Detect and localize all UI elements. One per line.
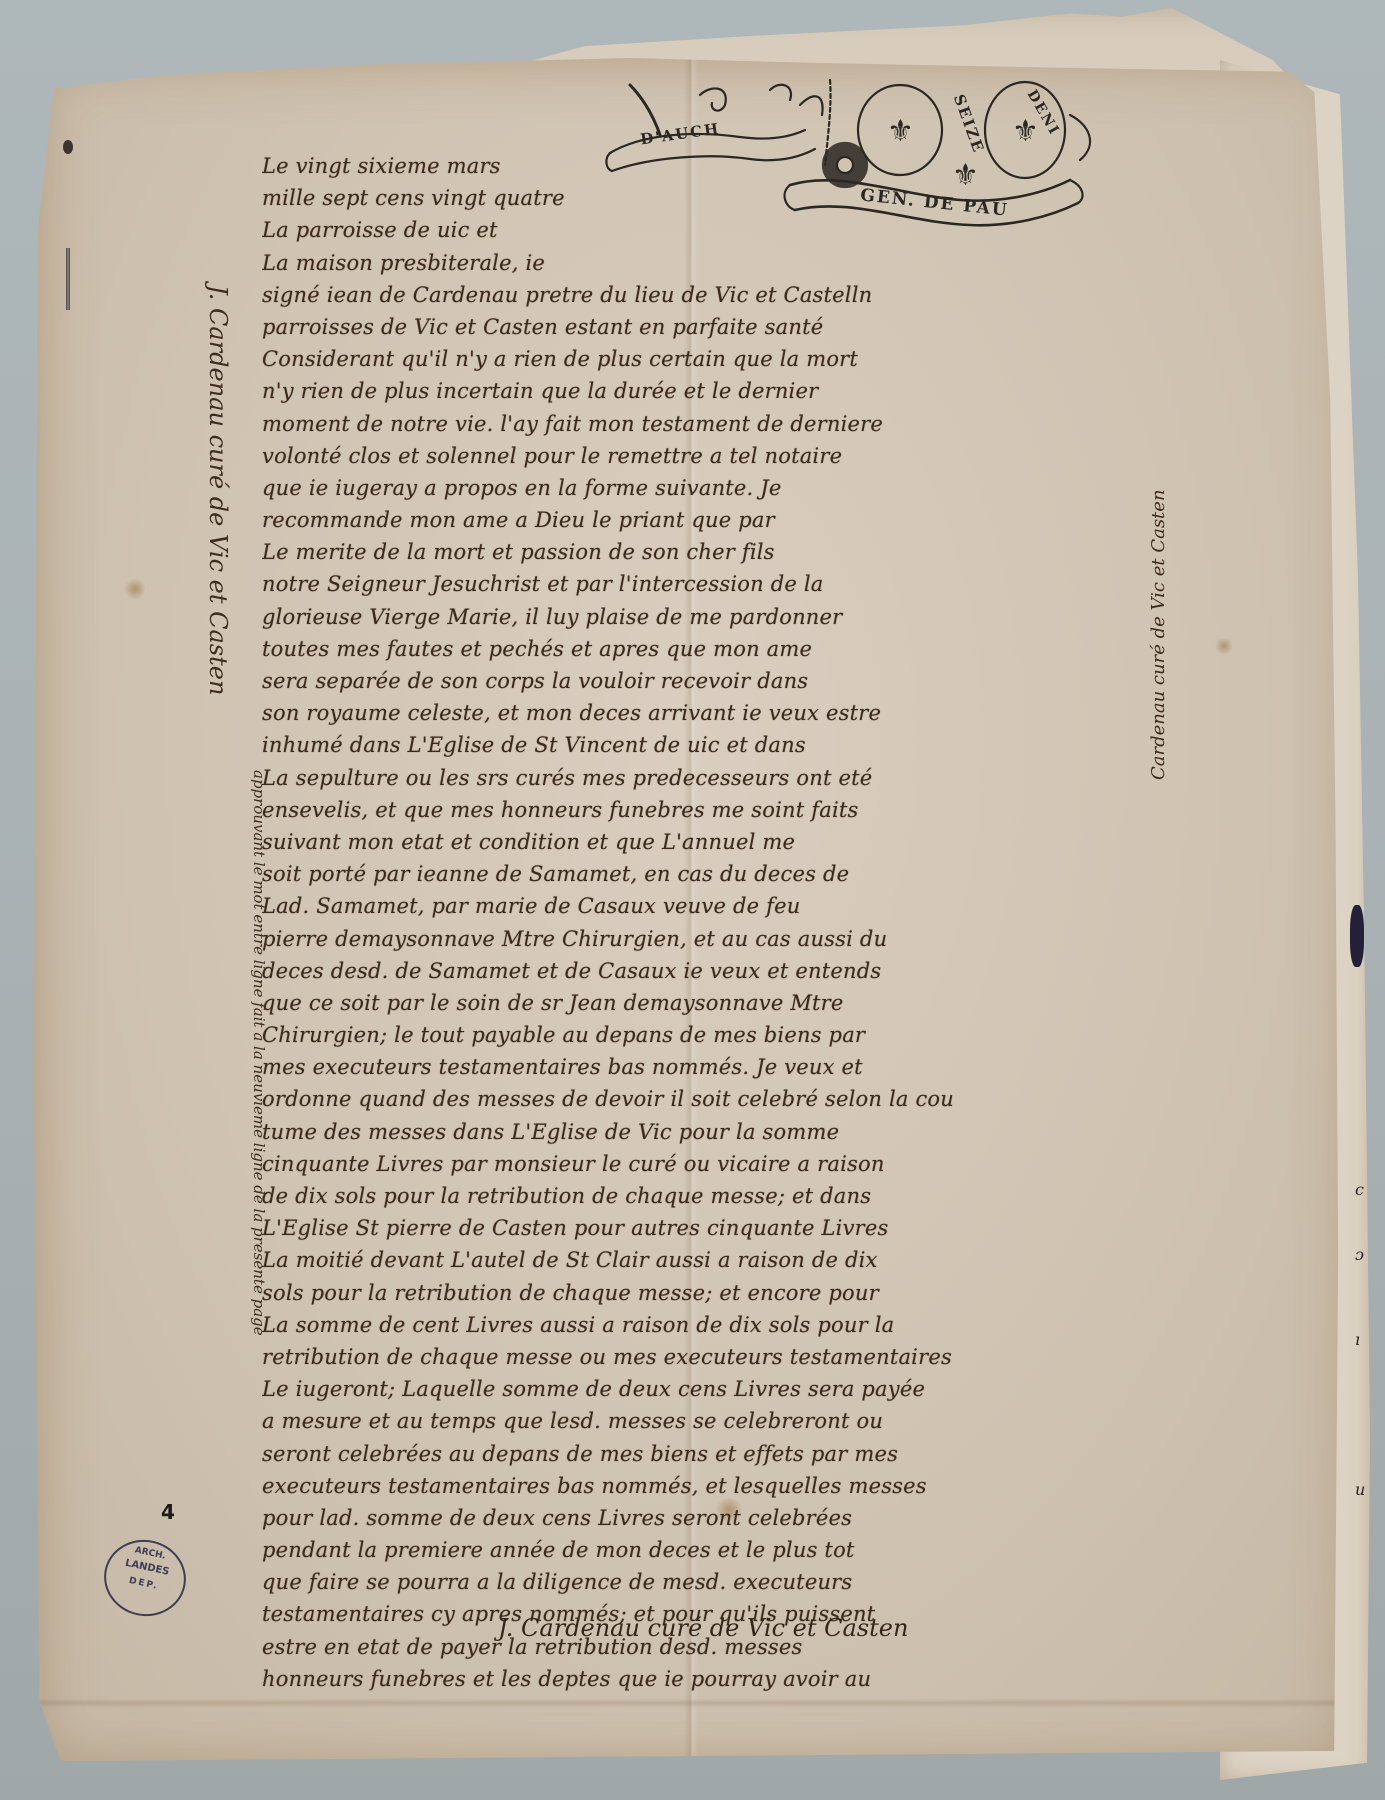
manuscript-line: mes executeurs testamentaires bas nommés…	[262, 1051, 1122, 1083]
manuscript-line: son royaume celeste, et mon deces arriva…	[262, 697, 1122, 729]
manuscript-line: seront celebrées au depans de mes biens …	[262, 1438, 1122, 1470]
edge-mark: u	[1355, 1480, 1365, 1499]
folio-number: 4	[161, 1500, 175, 1524]
manuscript-line: honneurs funebres et les deptes que ie p…	[262, 1663, 1122, 1695]
manuscript-line: Le vingt sixieme mars	[262, 150, 1122, 182]
manuscript-line: toutes mes fautes et pechés et apres que…	[262, 633, 1122, 665]
manuscript-line: moment de notre vie. l'ay fait mon testa…	[262, 408, 1122, 440]
svg-text:⚜: ⚜	[887, 114, 914, 149]
manuscript-line: executeurs testamentaires bas nommés, et…	[262, 1470, 1122, 1502]
manuscript-line: La maison presbiterale, ie	[262, 247, 1122, 279]
edge-mark: ɔ	[1355, 1245, 1364, 1264]
manuscript-line: Le merite de la mort et passion de son c…	[262, 536, 1122, 568]
manuscript-line: notre Seigneur Jesuchrist et par l'inter…	[262, 568, 1122, 600]
foxing-stain	[1214, 638, 1234, 654]
manuscript-line: La sepulture ou les srs curés mes predec…	[262, 762, 1122, 794]
manuscript-line: La somme de cent Livres aussi a raison d…	[262, 1309, 1122, 1341]
manuscript-line: Considerant qu'il n'y a rien de plus cer…	[262, 343, 1122, 375]
manuscript-line: deces desd. de Samamet et de Casaux ie v…	[262, 955, 1122, 987]
manuscript-line: pendant la premiere année de mon deces e…	[262, 1534, 1122, 1566]
right-margin-signature: Cardenau curé de Vic et Casten	[1148, 489, 1169, 780]
svg-text:⚜: ⚜	[1012, 114, 1039, 149]
pin-icon	[65, 140, 71, 310]
manuscript-line: volonté clos et solennel pour le remettr…	[262, 440, 1122, 472]
manuscript-line: de dix sols pour la retribution de chaqu…	[262, 1180, 1122, 1212]
manuscript-line: suivant mon etat et condition et que L'a…	[262, 826, 1122, 858]
manuscript-line: sols pour la retribution de chaque messe…	[262, 1277, 1122, 1309]
manuscript-line: cinquante Livres par monsieur le curé ou…	[262, 1148, 1122, 1180]
manuscript-line: inhumé dans L'Eglise de St Vincent de ui…	[262, 729, 1122, 761]
manuscript-line: a mesure et au temps que lesd. messes se…	[262, 1405, 1122, 1437]
manuscript-line: Le iugeront; Laquelle somme de deux cens…	[262, 1373, 1122, 1405]
manuscript-line: sera separée de son corps la vouloir rec…	[262, 665, 1122, 697]
manuscript-line: soit porté par ieanne de Samamet, en cas…	[262, 858, 1122, 890]
manuscript-line: mille sept cens vingt quatre	[262, 182, 1122, 214]
left-margin-approval-note: approuvant le mot entre ligne fait a la …	[250, 770, 268, 1336]
manuscript-line: pour lad. somme de deux cens Livres sero…	[262, 1502, 1122, 1534]
edge-mark: c	[1355, 1180, 1364, 1199]
manuscript-line: ensevelis, et que mes honneurs funebres …	[262, 794, 1122, 826]
manuscript-line: recommande mon ame a Dieu le priant que …	[262, 504, 1122, 536]
manuscript-line: Lad. Samamet, par marie de Casaux veuve …	[262, 890, 1122, 922]
manuscript-line: La parroisse de uic et	[262, 214, 1122, 246]
manuscript-body: Le vingt sixieme mars mille sept cens vi…	[262, 150, 1122, 1695]
manuscript-line: que ie iugeray a propos en la forme suiv…	[262, 472, 1122, 504]
manuscript-line: ordonne quand des messes de devoir il so…	[262, 1083, 1122, 1115]
manuscript-line: parroisses de Vic et Casten estant en pa…	[262, 311, 1122, 343]
manuscript-line: tume des messes dans L'Eglise de Vic pou…	[262, 1116, 1122, 1148]
manuscript-line: signé iean de Cardenau pretre du lieu de…	[262, 279, 1122, 311]
manuscript-line: Chirurgien; le tout payable au depans de…	[262, 1019, 1122, 1051]
foxing-stain	[124, 578, 146, 600]
manuscript-line: La moitié devant L'autel de St Clair aus…	[262, 1244, 1122, 1276]
manuscript-line: retribution de chaque messe ou mes execu…	[262, 1341, 1122, 1373]
manuscript-line: que faire se pourra a la diligence de me…	[262, 1566, 1122, 1598]
manuscript-line: pierre demaysonnave Mtre Chirurgien, et …	[262, 923, 1122, 955]
edge-ink-blot	[1350, 905, 1364, 967]
author-signature: J. Cardenau curé de Vic et Casten	[498, 1614, 908, 1642]
left-margin-signature: J. Cardenau curé de Vic et Casten	[204, 285, 232, 695]
manuscript-line: L'Eglise St pierre de Casten pour autres…	[262, 1212, 1122, 1244]
manuscript-line: glorieuse Vierge Marie, il luy plaise de…	[262, 601, 1122, 633]
edge-mark: ı	[1355, 1330, 1360, 1349]
manuscript-line: que ce soit par le soin de sr Jean demay…	[262, 987, 1122, 1019]
manuscript-line: n'y rien de plus incertain que la durée …	[262, 375, 1122, 407]
